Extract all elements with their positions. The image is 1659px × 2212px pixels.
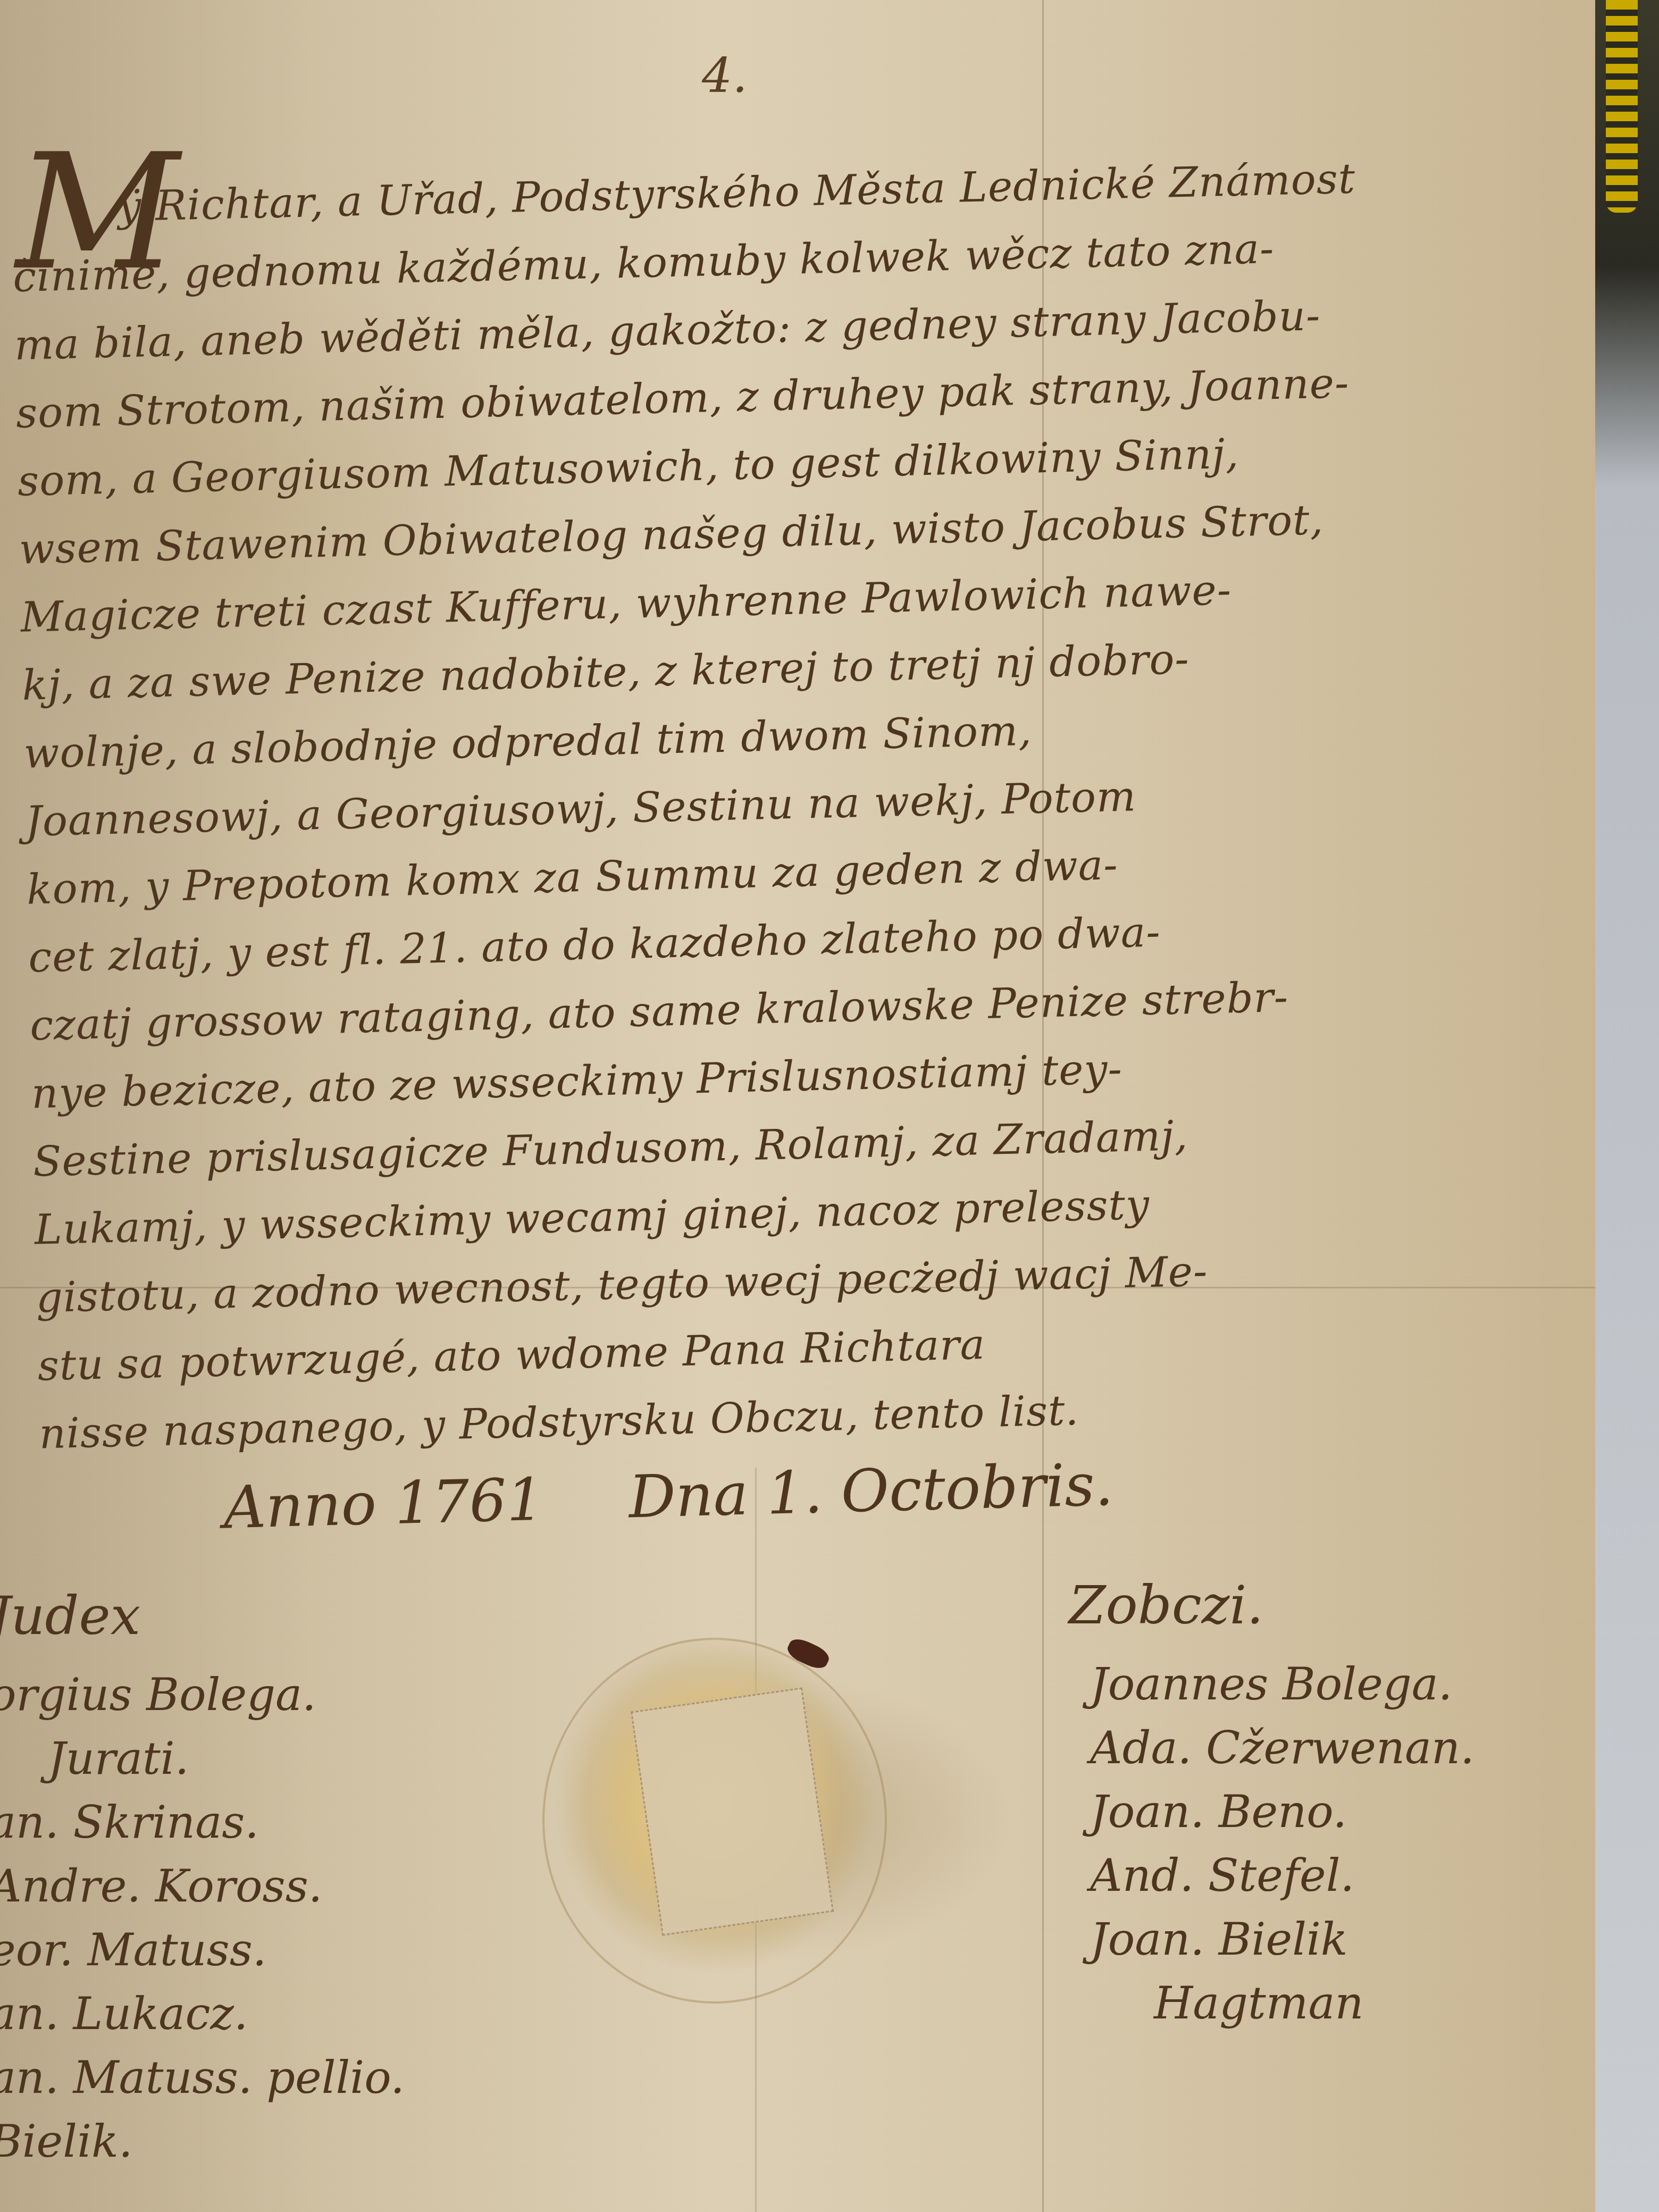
date-day: Dna 1. Octobris. bbox=[628, 1451, 1114, 1531]
signature-name: an. Skrinas. bbox=[0, 1790, 468, 1854]
signature-name: And. Stefel. bbox=[1069, 1844, 1601, 1907]
signature-name: Andre. Koross. bbox=[0, 1854, 468, 1918]
day-label: Dna bbox=[628, 1460, 749, 1531]
signature-role-jurati: Jurati. bbox=[0, 1727, 468, 1790]
signatures-right-column: Zobczi. Joannes Bolega. Ada. Cžerwenan. … bbox=[1069, 1574, 1601, 2035]
date-year: Anno 1761 bbox=[223, 1465, 544, 1542]
signature-role-hagtman: Hagtman bbox=[1069, 1971, 1601, 2035]
day-value: 1. bbox=[766, 1458, 823, 1528]
signature-name: eor. Matuss. bbox=[0, 1918, 468, 1982]
seal-impression bbox=[631, 1687, 834, 1935]
signature-name: an. Matuss. pellio. bbox=[0, 2046, 468, 2109]
signature-name: orgius Bolega. bbox=[0, 1663, 468, 1727]
signature-name: an. Lukacz. bbox=[0, 1982, 468, 2046]
anno-label: Anno bbox=[223, 1470, 378, 1541]
manuscript-page: 4. M ÿ Richtar, a Uřad, Podstyrského Měs… bbox=[0, 0, 1595, 2212]
signature-name: Joan. Bielik bbox=[1069, 1907, 1601, 1971]
signature-name: Joan. Beno. bbox=[1069, 1780, 1601, 1844]
page-number: 4. bbox=[702, 48, 748, 104]
signature-name: Joannes Bolega. bbox=[1069, 1652, 1601, 1716]
signature-heading-judex: Judex bbox=[0, 1585, 468, 1647]
wax-seal bbox=[542, 1638, 887, 2004]
signature-name: Ada. Cžerwenan. bbox=[1069, 1716, 1601, 1780]
binder-strip bbox=[1606, 0, 1638, 213]
year-value: 1761 bbox=[394, 1465, 544, 1537]
document-body: ÿ Richtar, a Uřad, Podstyrského Města Le… bbox=[11, 140, 1613, 1469]
signature-name: Bielik. bbox=[0, 2109, 468, 2173]
signature-heading-zobczi: Zobczi. bbox=[1069, 1574, 1601, 1636]
signatures-left-column: Judex orgius Bolega. Jurati. an. Skrinas… bbox=[0, 1585, 468, 2173]
month-value: Octobris. bbox=[840, 1451, 1114, 1526]
